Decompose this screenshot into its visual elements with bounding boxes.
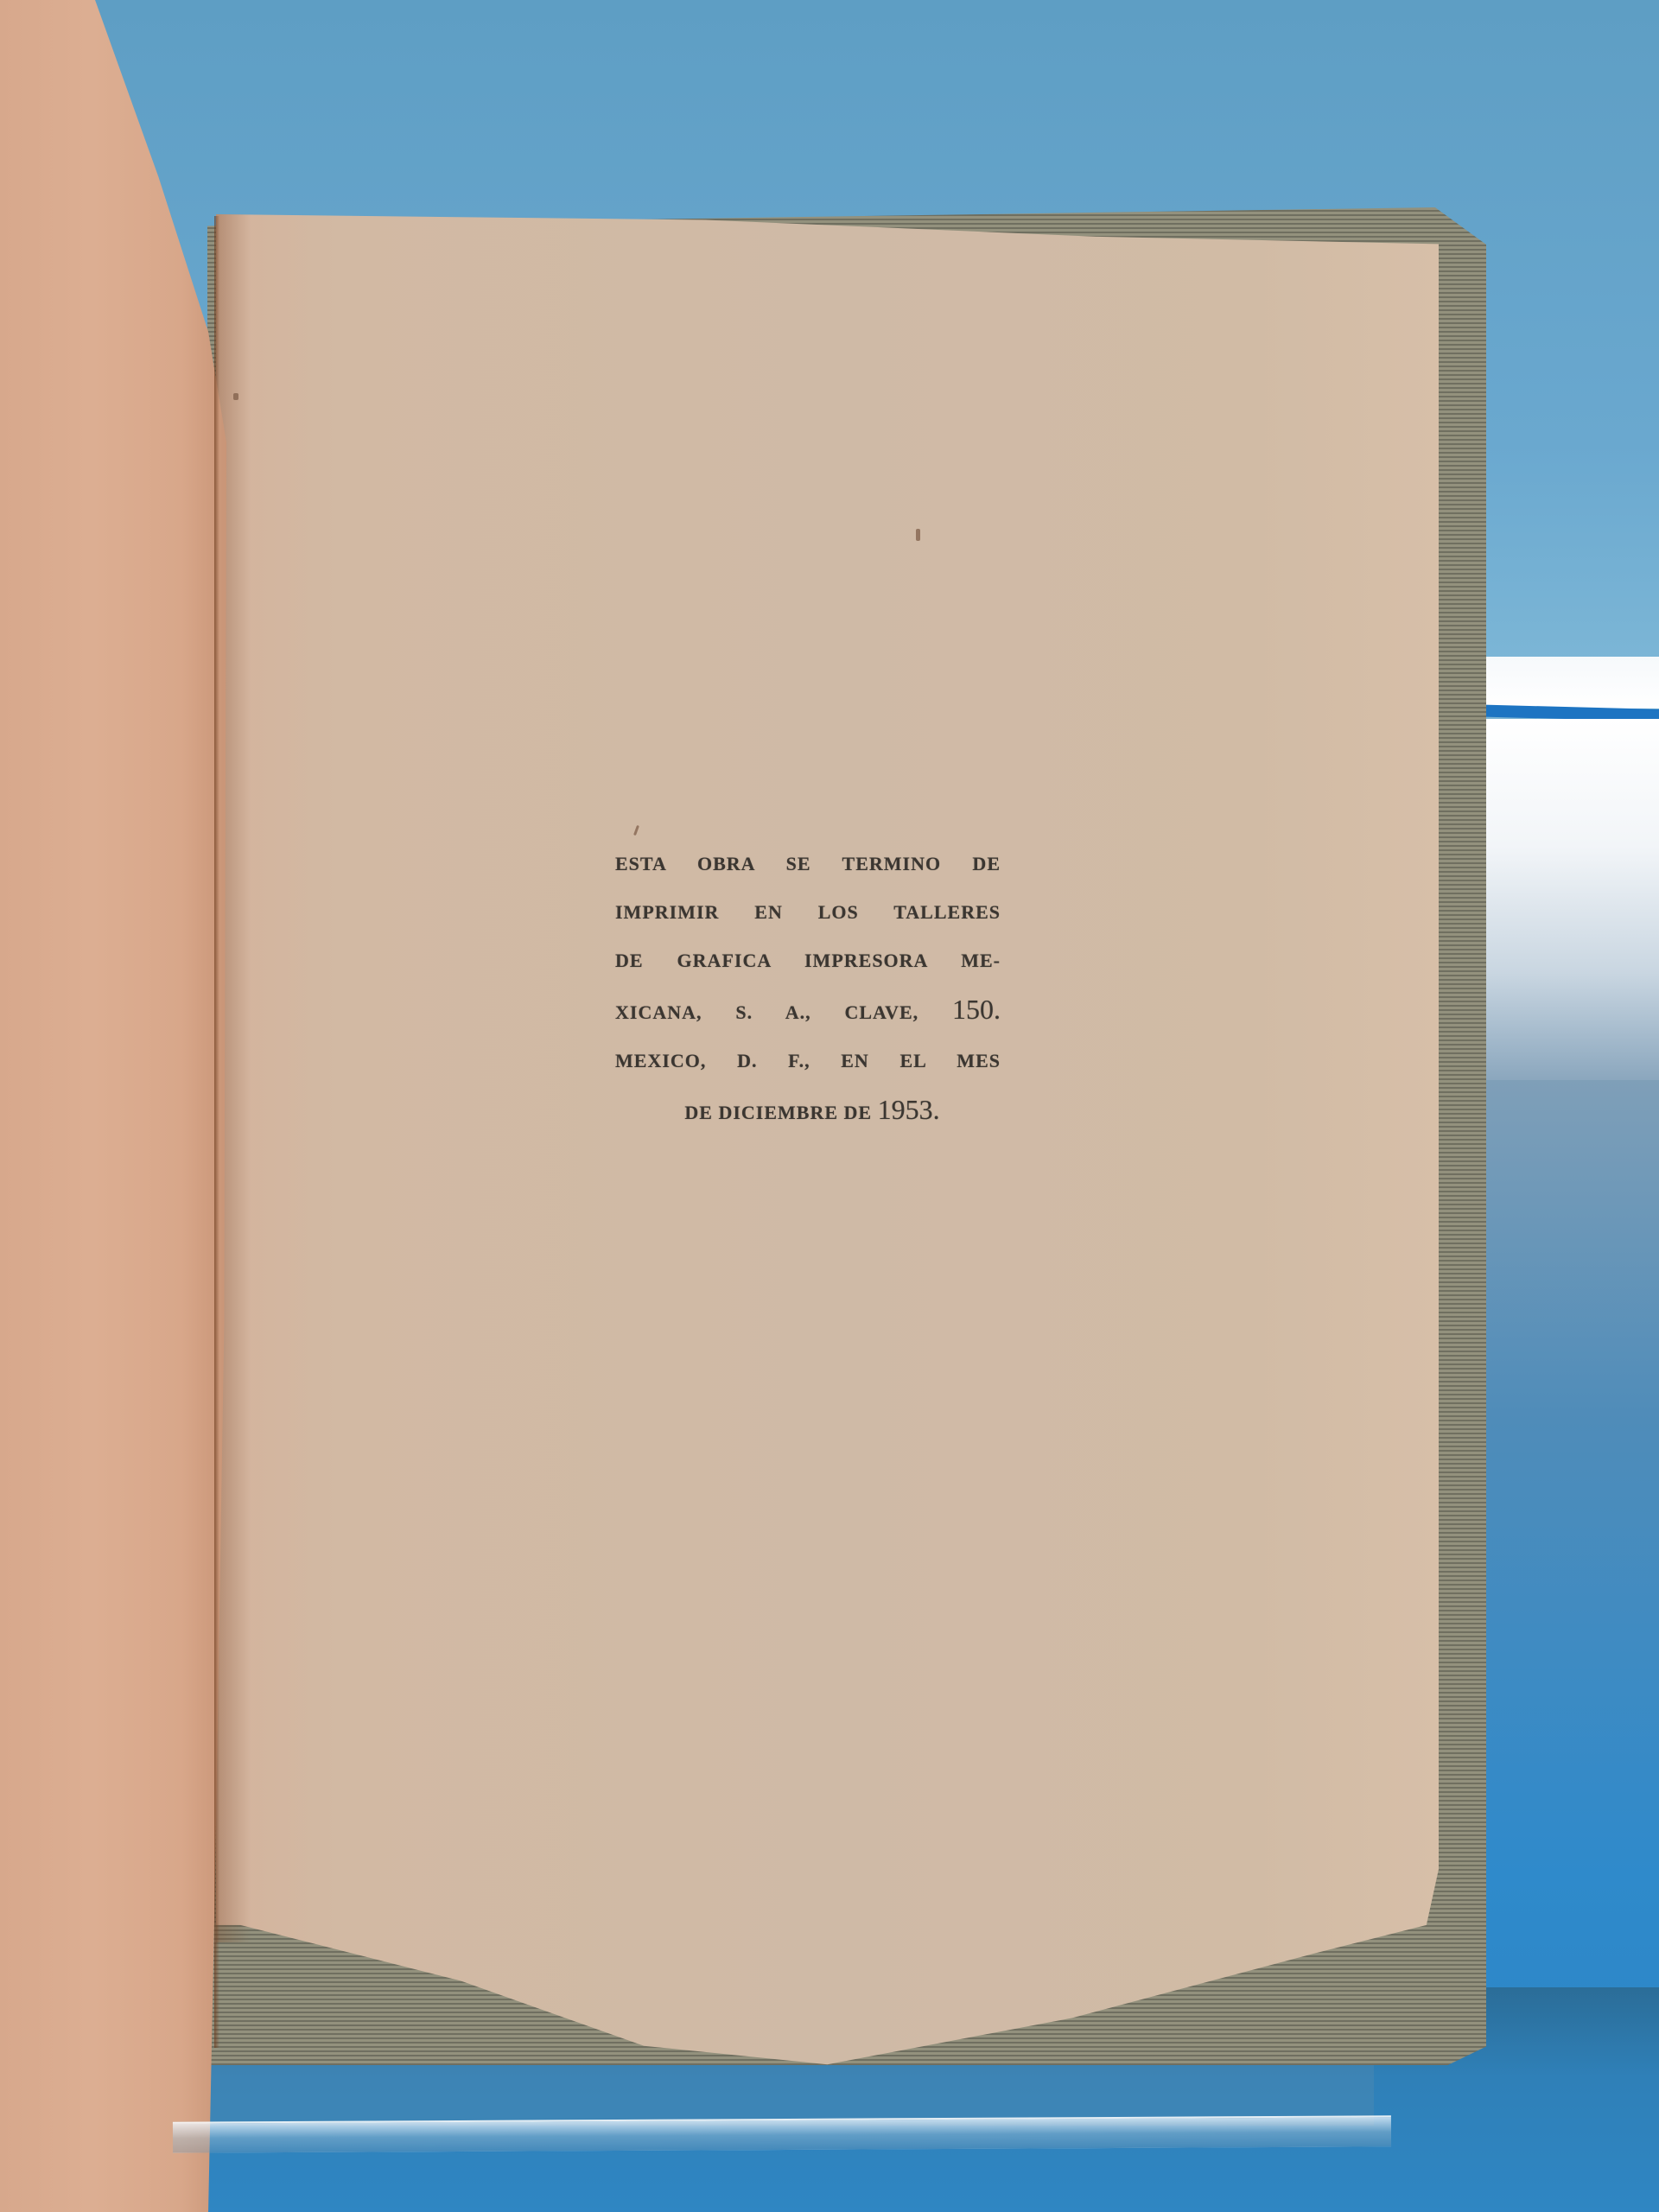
right-page xyxy=(216,214,1439,2074)
colophon-line-text: DE DICIEMBRE DE xyxy=(684,1102,877,1123)
colophon-text: ESTA OBRA SE TERMINO DE IMPRIMIR EN LOS … xyxy=(615,840,1001,1137)
year: 1953. xyxy=(878,1094,940,1125)
colophon-line: DE GRAFICA IMPRESORA ME- xyxy=(615,937,1001,985)
colophon-line-text: XICANA, S. A., CLAVE, xyxy=(615,1001,952,1023)
background-light-band xyxy=(1469,657,1659,709)
colophon-line: XICANA, S. A., CLAVE, 150. xyxy=(615,985,1001,1037)
page-speck xyxy=(233,393,238,400)
page-speck xyxy=(916,529,920,541)
left-page-curled xyxy=(0,0,226,2212)
background-white-glow xyxy=(1469,719,1659,1082)
book-gutter xyxy=(214,216,219,2048)
address-number: 150. xyxy=(952,994,1001,1025)
colophon-line: ESTA OBRA SE TERMINO DE xyxy=(615,840,1001,888)
colophon-line: IMPRIMIR EN LOS TALLERES xyxy=(615,888,1001,937)
colophon-line: MEXICO, D. F., EN EL MES xyxy=(615,1037,1001,1085)
colophon-line: DE DICIEMBRE DE 1953. xyxy=(615,1085,1001,1137)
acrylic-stand-lip xyxy=(173,2115,1391,2152)
